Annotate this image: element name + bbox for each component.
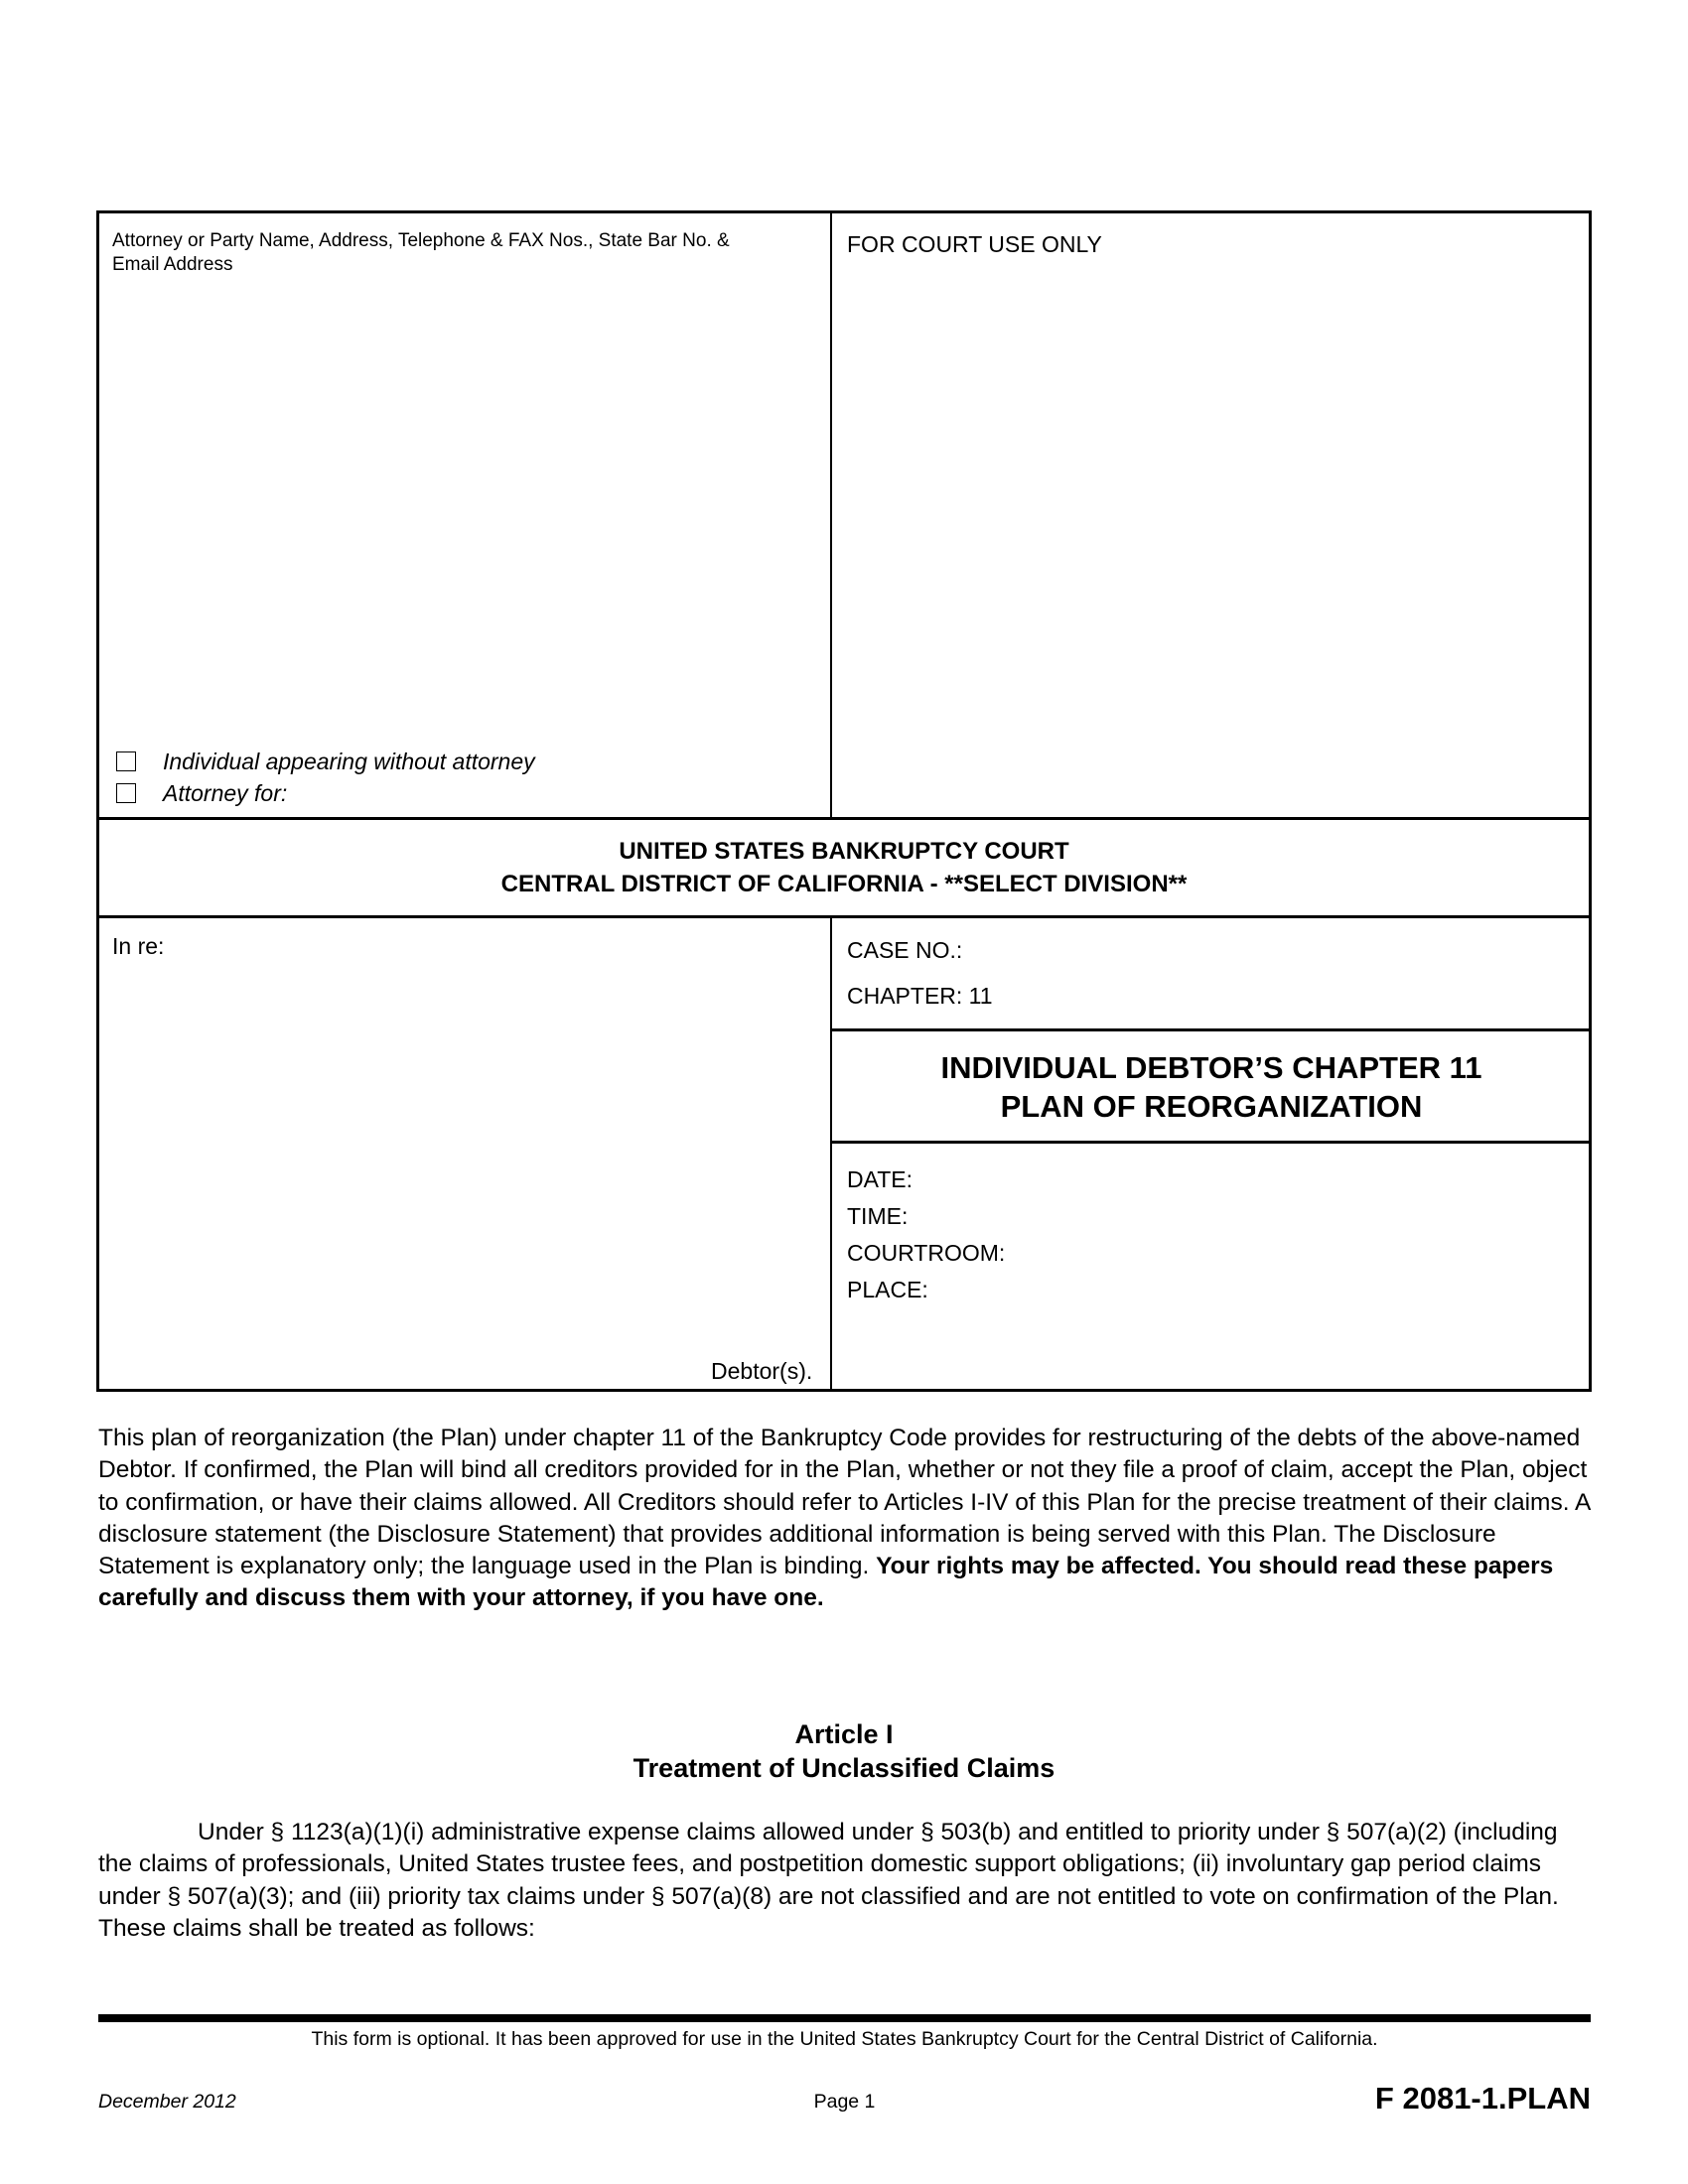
document-title-line1: INDIVIDUAL DEBTOR’S CHAPTER 11 <box>833 1048 1590 1087</box>
caption-border-bottom <box>96 1389 1592 1392</box>
caption-border-left <box>96 210 99 1392</box>
page-number: Page 1 <box>98 2091 1591 2114</box>
checkbox-label-individual-without-attorney: Individual appearing without attorney <box>163 751 535 773</box>
intro-paragraph: This plan of reorganization (the Plan) u… <box>98 1423 1598 1615</box>
hearing-place-label: PLACE: <box>847 1279 928 1301</box>
attorney-info-label-line2: Email Address <box>112 255 232 274</box>
caption-border-right <box>1589 210 1592 1392</box>
divider-title-top <box>831 1028 1592 1031</box>
attorney-info-field[interactable] <box>104 283 819 730</box>
hearing-time-label: TIME: <box>847 1205 908 1228</box>
divider-court-top <box>96 817 1592 820</box>
court-district: CENTRAL DISTRICT OF CALIFORNIA - **SELEC… <box>98 868 1590 900</box>
divider-vertical-bottom <box>830 915 832 1391</box>
debtor-name-field[interactable] <box>104 968 819 1345</box>
divider-court-bottom <box>96 915 1592 918</box>
divider-vertical-top <box>830 210 832 819</box>
debtor-label: Debtor(s). <box>711 1360 812 1383</box>
hearing-date-label: DATE: <box>847 1168 913 1191</box>
article-number: Article I <box>98 1717 1590 1752</box>
footer-note: This form is optional. It has been appro… <box>98 2028 1591 2051</box>
article-body-text: Under § 1123(a)(1)(i) administrative exp… <box>98 1819 1559 1942</box>
case-number-label: CASE NO.: <box>847 939 962 962</box>
article-body: Under § 1123(a)(1)(i) administrative exp… <box>98 1817 1598 1945</box>
checkbox-individual-without-attorney[interactable] <box>116 751 136 771</box>
checkbox-label-attorney-for: Attorney for: <box>163 782 287 805</box>
court-use-only-label: FOR COURT USE ONLY <box>847 233 1102 256</box>
caption-border-top <box>96 210 1592 213</box>
court-name: UNITED STATES BANKRUPTCY COURT <box>98 835 1590 868</box>
chapter-label: CHAPTER: 11 <box>847 985 993 1008</box>
divider-title-bottom <box>831 1141 1592 1144</box>
form-id: F 2081-1.PLAN <box>1375 2081 1591 2116</box>
document-title-line2: PLAN OF REORGANIZATION <box>833 1087 1590 1126</box>
attorney-info-label: Attorney or Party Name, Address, Telepho… <box>112 231 730 250</box>
in-re-label: In re: <box>112 935 164 958</box>
hearing-courtroom-label: COURTROOM: <box>847 1242 1005 1265</box>
footer-rule <box>98 2014 1591 2022</box>
article-title: Treatment of Unclassified Claims <box>98 1751 1590 1786</box>
checkbox-attorney-for[interactable] <box>116 783 136 803</box>
